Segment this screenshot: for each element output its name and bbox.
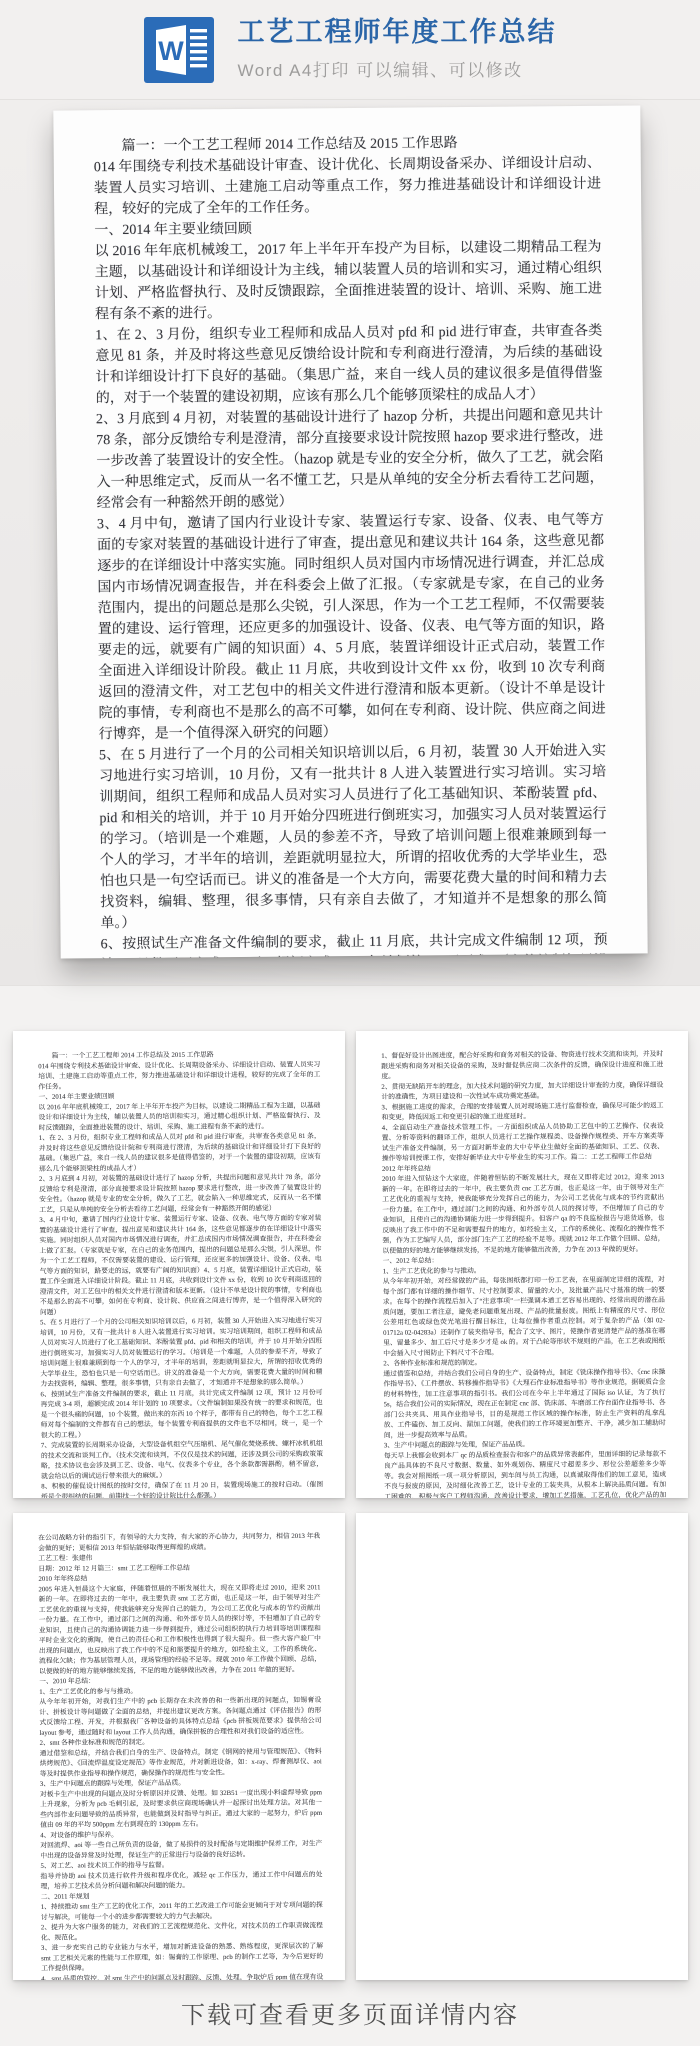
document-paragraph: 1、持续推动 smt 生产工艺的优化工作，2011 年的工艺改进工作可能会更倾向… — [40, 1900, 322, 1922]
document-paragraph: 从今年年初开始，对经常做的产品，每张图纸都打印一份工艺表，在里面制定详细的流程，… — [382, 1274, 665, 1358]
document-paragraph: 以 2016 年年底机械竣工，2017 年上半年开车投产为目标，以建设二期精品工… — [38, 1100, 320, 1133]
document-paragraph: 014 年围绕专利技术基础设计审查、设计优化、长周期设备采办、详细设计启动、装置… — [38, 1059, 320, 1092]
document-paragraph: 6、按照试生产准备文件编制的要求，截止 11 月底，共计完成文件编制 12 项，… — [40, 1387, 322, 1440]
preview-page-1[interactable]: 篇一：一个工艺工程师 2014 工作总结及 2015 工作思路014 年围绕专利… — [53, 105, 647, 958]
footer-hint-text: 下载可查看更多页面详情内容 — [181, 1995, 519, 2030]
document-paragraph: 8、积极的催促设计图纸的按时交付，确保了在 11 月 20 日，装置现场施工的按… — [41, 1479, 323, 1498]
word-logo-icon: W — [144, 17, 214, 83]
thumbnail-page-2-content: 1、督促好设计出图进度，配合好采购和商务对相关的设备、物资进行技术交流和谈判，并… — [356, 1031, 688, 1498]
footer-hint-bar: 下载可查看更多页面详情内容 — [0, 1978, 700, 2046]
document-paragraph: 2005 年进入恒晨这个大家庭，伴随着恒晨的不断发展壮大，现在又即将走过 201… — [38, 1582, 321, 1676]
document-paragraph: 在公司战略方针的指引下，有领导的大力支持，有大家的齐心协力，共同努力，相信 20… — [38, 1531, 320, 1553]
document-preview-page: W 工艺工程师年度工作总结 Word A4打印 可以编辑、可以修改 篇一：一个工… — [0, 0, 700, 2046]
document-paragraph: 对板卡生产中出现的问题点及时分析原因并反馈、处理。如 32B51 一度出现小料虚… — [39, 1787, 321, 1830]
document-paragraph: 3、进一步充实自己的专业能力与水平，增加对新进设备的熟悉、熟练程度，更深层次的了… — [41, 1941, 323, 1974]
document-paragraph: 每天早上我都会收到本厂 qc 的品质检查报告和客户的品质异常表邮件，里面详细的记… — [383, 1449, 665, 1498]
document-paragraph: 2、贯彻无缺陷开车的理念，加大技术问题的研究力度，加大详细设计审查的力度，确保详… — [381, 1080, 663, 1102]
document-paragraph: 1、在 2、3 月份，组织专业工程师和成品人员对 pfd 和 pid 进行审查，… — [95, 321, 603, 409]
thumbnail-page-1[interactable]: 篇一：一个工艺工程师 2014 工作总结及 2015 工作思路014 年围绕专利… — [13, 1031, 345, 1498]
header: W 工艺工程师年度工作总结 Word A4打印 可以编辑、可以修改 — [0, 0, 700, 100]
main-preview-section: 篇一：一个工艺工程师 2014 工作总结及 2015 工作思路014 年围绕专利… — [0, 100, 700, 985]
thumbnail-page-3-content: 在公司战略方针的指引下，有领导的大力支持，有大家的齐心协力，共同努力，相信 20… — [13, 1513, 345, 1980]
document-paragraph: 2、3 月底到 4 月初，对装置的基础设计进行了 hazop 分析，共提出问题和… — [38, 1172, 320, 1215]
document-paragraph: 6、按照试生产准备文件编制的要求，截止 11 月底，共计完成文件编制 12 项，… — [100, 930, 608, 959]
document-paragraph: 对回流焊、aoi 等一些自己所负责的设备，做了易损件的及时配备与定期维护保养工作… — [40, 1838, 322, 1860]
document-paragraph: 3、4 月中旬，邀请了国内行业设计专家、装置运行专家、设备、仪表、电气等方面的专… — [96, 510, 605, 745]
document-paragraph: 5、在 5 月进行了一个月的公司相关知识培训以后，6 月初，装置 30 人开始进… — [98, 741, 607, 934]
document-paragraph: 3、4 月中旬，邀请了国内行业设计专家、装置运行专家、设备、仪表、电气等方面的专… — [39, 1213, 322, 1317]
document-paragraph: 1、督促好设计出图进度，配合好采购和商务对相关的设备、物资进行技术交流和谈判，并… — [381, 1049, 663, 1082]
document-paragraph: 3、根据施工进度的需求，合理的安排装置人员对现场施工进行监督检查，确保尽可能少的… — [381, 1100, 663, 1122]
document-paragraph: 7、完成装置的长周期采办设备，大型设备机组空气压缩机、尾气催化焚烧系统、螺杆冰机… — [40, 1438, 322, 1481]
document-paragraph: 以 2016 年年底机械竣工，2017 年上半年开车投产为目标，以建设二期精品工… — [94, 237, 602, 325]
page-subtitle: Word A4打印 可以编辑、可以修改 — [238, 56, 557, 81]
document-paragraph: 2010 年进入恒钻这个大家庭，伴随着恒钻的不断发展壮大，现在又即将走过 201… — [381, 1172, 664, 1256]
thumbnail-page-2[interactable]: 1、督促好设计出图进度，配合好采购和商务对相关的设备、物资进行技术交流和谈判，并… — [356, 1031, 688, 1498]
thumbnail-page-4[interactable] — [356, 1513, 688, 1980]
thumbnail-page-3[interactable]: 在公司战略方针的指引下，有领导的大力支持，有大家的齐心协力，共同努力，相信 20… — [13, 1513, 345, 1980]
svg-text:W: W — [158, 36, 184, 66]
document-paragraph: 5、在 5 月进行了一个月的公司相关知识培训以后，6 月初，装置 30 人开始进… — [39, 1315, 321, 1389]
document-paragraph: 通过借鉴和总结，并结合我们公司自身的生产、设备特点，制定《铣床操作指导书》、《c… — [383, 1367, 665, 1441]
document-paragraph: 通过借鉴和总结，并结合我们自身的生产、设备特点，制定《钢网的使用与管理规范》、《… — [39, 1746, 321, 1779]
thumbnail-grid: 篇一：一个工艺工程师 2014 工作总结及 2015 工作思路014 年围绕专利… — [0, 985, 700, 1978]
document-paragraph: 从今年年初开始，对我们生产中的 pcb 长期存在未改善的和一些新出现的问题点，如… — [39, 1695, 321, 1738]
header-text: 工艺工程师年度工作总结 Word A4打印 可以编辑、可以修改 — [238, 18, 557, 82]
document-paragraph: 4、全面启动生产准备技术管理工作。一方面组织成品人员协助工艺包中的工艺操作、仪表… — [381, 1121, 663, 1164]
page-title: 工艺工程师年度工作总结 — [238, 18, 557, 48]
document-paragraph: 4、smt 品质的管控，对 smt 生产中的问题点及时跟踪、反馈、处理，争取炉后… — [41, 1972, 323, 1980]
thumbnail-page-4-content — [356, 1513, 688, 1980]
thumbnail-page-1-content: 篇一：一个工艺工程师 2014 工作总结及 2015 工作思路014 年围绕专利… — [13, 1031, 345, 1498]
document-paragraph: 指导并协助 aoi 技术员进行软件升级和程序优化，减轻 qc 工作压力，通过工作… — [40, 1869, 322, 1891]
document-paragraph: 1、在 2、3 月份，组织专业工程师和成品人员对 pfd 和 pid 进行审查，… — [38, 1131, 320, 1174]
document-paragraph: 2、提升为大客户服务的能力，对我们的工艺流程规范化、文件化，对技术员的工作职责做… — [40, 1920, 322, 1942]
document-paragraph: 2、3 月底到 4 月初，对装置的基础设计进行了 hazop 分析，共提出问题和… — [95, 405, 603, 514]
document-paragraph: 014 年围绕专利技术基础设计审查、设计优化、长周期设备采办、详细设计启动、装置… — [93, 153, 601, 220]
